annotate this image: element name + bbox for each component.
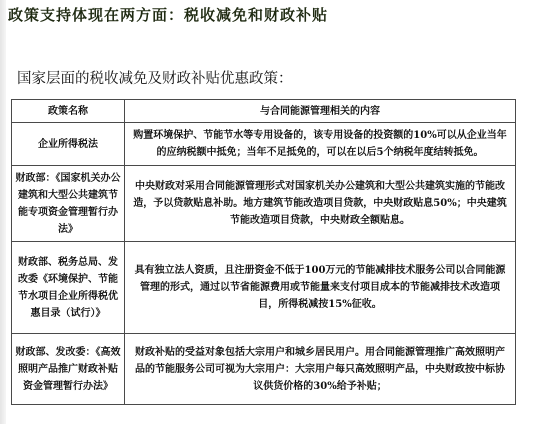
policy-content-cell: 具有独立法人资质，且注册资金不低于100万元的节能减排技术服务公司以合同能源管理… xyxy=(125,242,516,334)
table-row: 财政部：《国家机关办公建筑和大型公共建筑节能专项资金管理暂行办法》 中央财政对采… xyxy=(12,166,516,242)
policy-name-cell: 财政部：《国家机关办公建筑和大型公共建筑节能专项资金管理暂行办法》 xyxy=(12,166,125,242)
section-title: 国家层面的税收减免及财政补贴优惠政策： xyxy=(17,67,293,88)
policy-content-cell: 购置环境保护、节能节水等专用设备的，该专用设备的投资额的10%可以从企业当年的应… xyxy=(125,123,516,166)
header-related-content: 与合同能源管理相关的内容 xyxy=(125,100,516,123)
policy-content-cell: 财政补贴的受益对象包括大宗用户和城乡居民用户。用合同能源管理推广高效照明产品的节… xyxy=(125,334,516,405)
policy-name-cell: 财政部、发改委：《高效照明产品推广财政补贴资金管理暂行办法》 xyxy=(12,334,125,405)
policy-name-cell: 财政部、税务总局、发改委《环境保护、节能节水项目企业所得税优惠目录（试行）》 xyxy=(12,242,125,334)
policy-name-cell: 企业所得税法 xyxy=(12,123,125,166)
left-edge-shade xyxy=(0,0,6,424)
table-row: 企业所得税法 购置环境保护、节能节水等专用设备的，该专用设备的投资额的10%可以… xyxy=(12,123,516,166)
policy-table: 政策名称 与合同能源管理相关的内容 企业所得税法 购置环境保护、节能节水等专用设… xyxy=(11,99,516,405)
policy-content-cell: 中央财政对采用合同能源管理形式对国家机关办公建筑和大型公共建筑实施的节能改造，予… xyxy=(125,166,516,242)
table-row: 财政部、发改委：《高效照明产品推广财政补贴资金管理暂行办法》 财政补贴的受益对象… xyxy=(12,334,516,405)
slide-title: 政策支持体现在两方面：税收减免和财政补贴 xyxy=(8,4,328,25)
table-row: 财政部、税务总局、发改委《环境保护、节能节水项目企业所得税优惠目录（试行）》 具… xyxy=(12,242,516,334)
header-policy-name: 政策名称 xyxy=(12,100,125,123)
table-header-row: 政策名称 与合同能源管理相关的内容 xyxy=(12,100,516,123)
